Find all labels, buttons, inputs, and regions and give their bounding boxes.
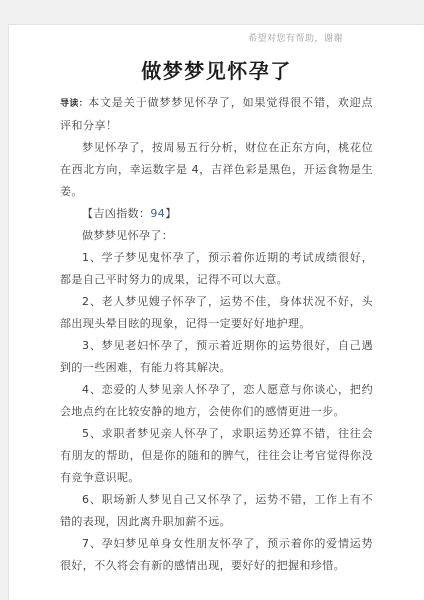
list-item: 5、求职者梦见亲人怀孕了，求职运势还算不错，往往会有朋友的帮助，但是你的随和的脾…: [60, 423, 373, 489]
page-title: 做梦梦见怀孕了: [60, 58, 373, 85]
list-item: 1、学子梦见鬼怀孕了，预示着你近期的考试成绩很好，都是自己平时努力的成果，记得不…: [60, 247, 373, 291]
intro-paragraph: 梦见怀孕了，按周易五行分析，财位在正东方向，桃花位在西北方向，幸运数字是 4，吉…: [60, 137, 373, 203]
lead-label: 导读：: [60, 99, 88, 109]
luck-index-value: 94: [150, 207, 165, 220]
luck-index-line: 【吉凶指数：94】: [60, 203, 373, 225]
lead-text: 本文是关于做梦梦见怀孕了，如果觉得很不错，欢迎点评和分享！: [60, 96, 373, 132]
luck-index-suffix: 】: [165, 207, 176, 220]
luck-index-prefix: 【吉凶指数：: [82, 207, 150, 220]
document-page: 希望对您有帮助，谢谢 做梦梦见怀孕了 导读：本文是关于做梦梦见怀孕了，如果觉得很…: [9, 25, 424, 600]
list-item: 2、老人梦见嫂子怀孕了，运势不佳，身体状况不好，头部出现头晕目眩的现象，记得一定…: [60, 291, 373, 335]
list-item: 6、职场新人梦见自己又怀孕了，运势不错，工作上有不错的表现，因此离升职加薪不远。: [60, 489, 373, 533]
list-item: 7、孕妇梦见单身女性朋友怀孕了，预示着你的爱情运势很好，不久将会有新的感情出现，…: [60, 533, 373, 577]
header-note: 希望对您有帮助，谢谢: [60, 33, 343, 45]
viewer-backdrop: 希望对您有帮助，谢谢 做梦梦见怀孕了 导读：本文是关于做梦梦见怀孕了，如果觉得很…: [0, 0, 424, 600]
lead-paragraph: 导读：本文是关于做梦梦见怀孕了，如果觉得很不错，欢迎点评和分享！: [60, 92, 373, 137]
list-item: 3、梦见老妇怀孕了，预示着近期你的运势很好，自己遇到的一些困难，有能力将其解决。: [60, 335, 373, 379]
list-item: 4、恋爱的人梦见亲人怀孕了，恋人愿意与你谈心，把约会地点约在比较安静的地方，会使…: [60, 379, 373, 423]
subheading: 做梦梦见怀孕了：: [60, 225, 373, 247]
